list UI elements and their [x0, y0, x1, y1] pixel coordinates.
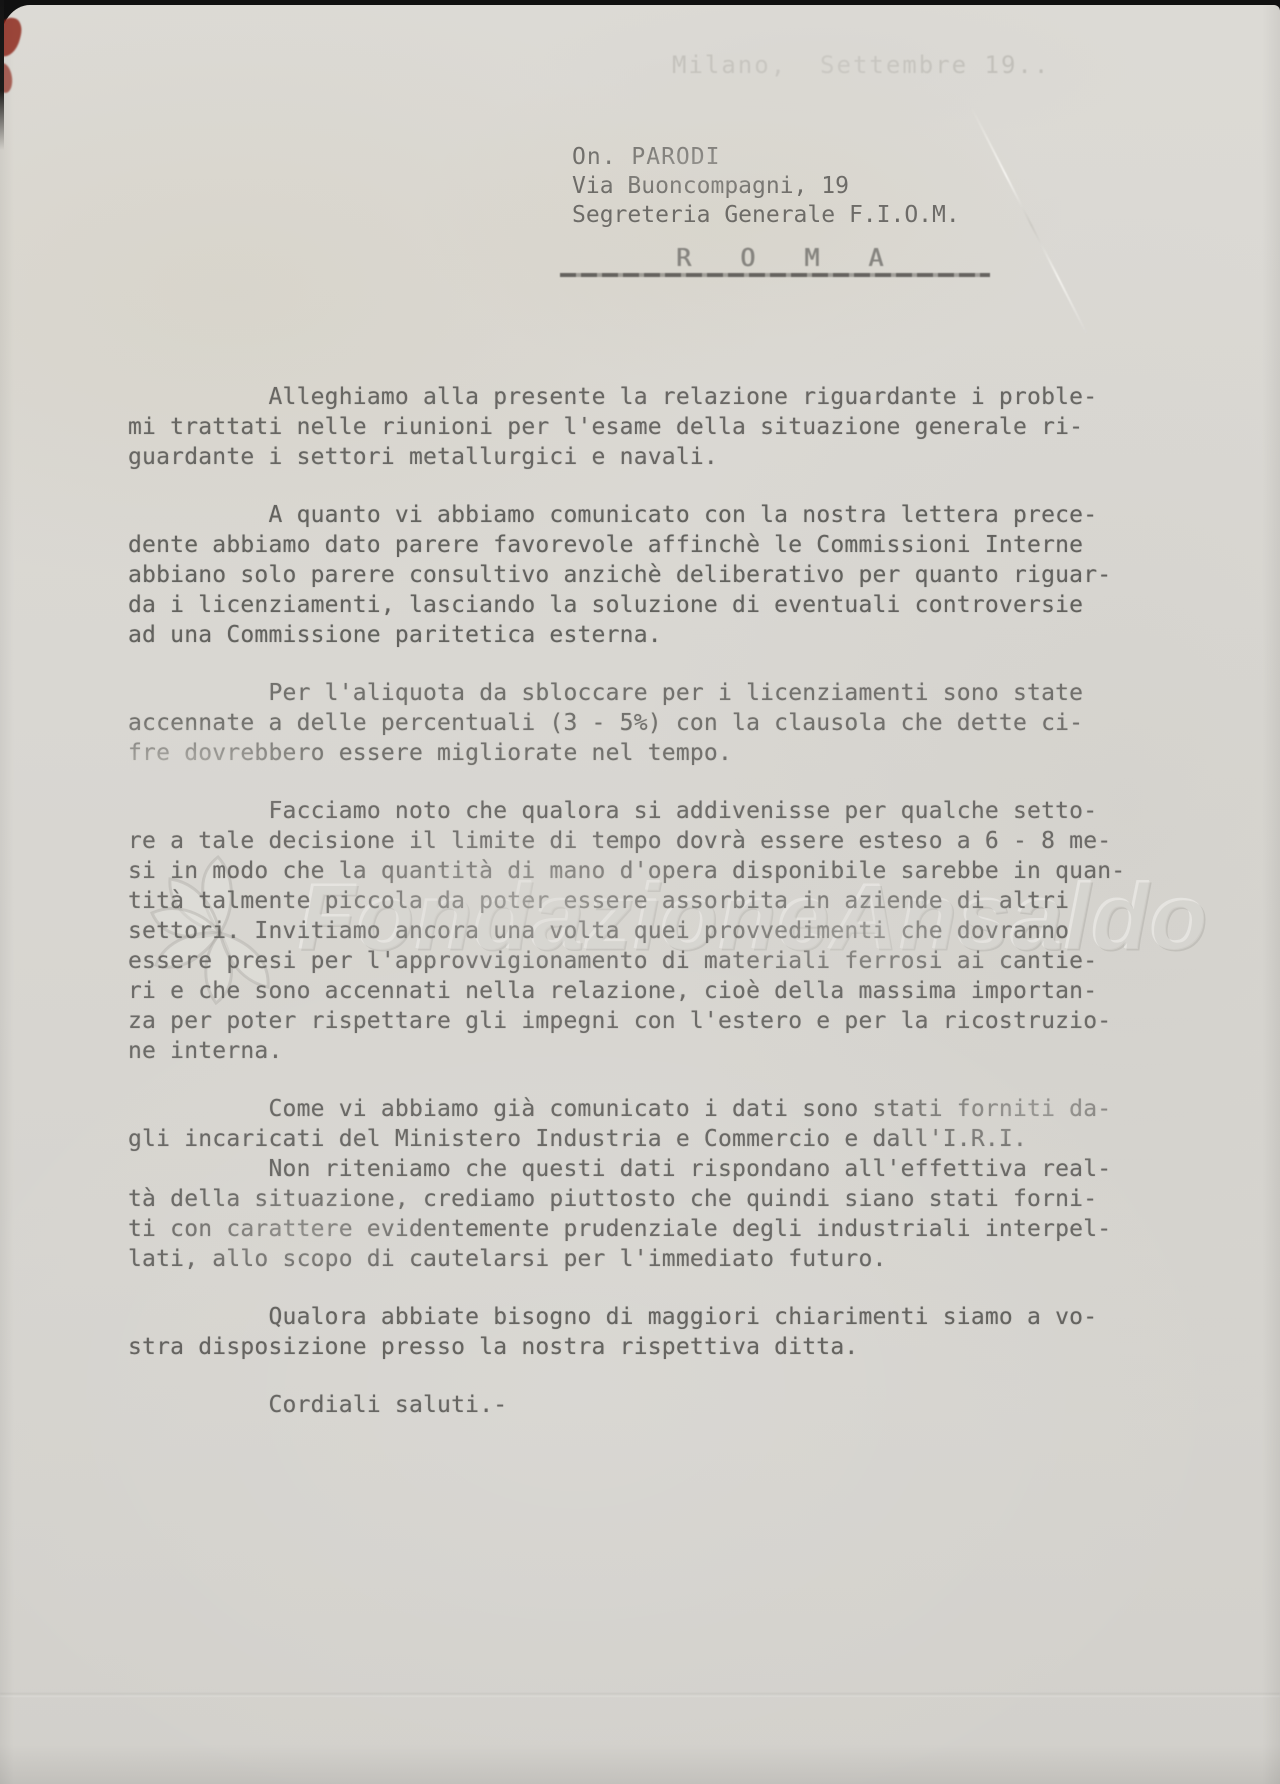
paragraph-2: A quanto vi abbiamo comunicato con la no…: [128, 500, 1132, 650]
city-underline-rule: [560, 273, 990, 277]
closing-salutation: Cordiali saluti.-: [128, 1390, 1132, 1420]
recipient-name: On. PARODI: [572, 143, 960, 172]
paragraph-1: Alleghiamo alla presente la relazione ri…: [128, 382, 1132, 472]
paragraph-4: Facciamo noto che qualora si addivenisse…: [128, 796, 1132, 1066]
dateline: Milano, Settembre 19..: [672, 51, 1050, 79]
scan-edge-left: [0, 0, 4, 150]
recipient-city: R O M A: [676, 243, 900, 272]
recipient-address-block: On. PARODI Via Buoncompagni, 19 Segreter…: [572, 143, 960, 230]
paper-crease-diagonal: [970, 106, 1088, 334]
recipient-street: Via Buoncompagni, 19: [572, 172, 960, 201]
paragraph-6: Qualora abbiate bisogno di maggiori chia…: [128, 1302, 1132, 1362]
paragraph-3: Per l'aliquota da sbloccare per i licenz…: [128, 678, 1132, 768]
paragraph-5: Come vi abbiamo già comunicato i dati so…: [128, 1094, 1132, 1274]
scanned-letter-page: Milano, Settembre 19.. On. PARODI Via Bu…: [0, 5, 1280, 1784]
letter-body: Alleghiamo alla presente la relazione ri…: [128, 382, 1132, 1420]
paper-crease-bottom: [0, 1693, 1280, 1697]
recipient-org: Segreteria Generale F.I.O.M.: [572, 201, 960, 230]
